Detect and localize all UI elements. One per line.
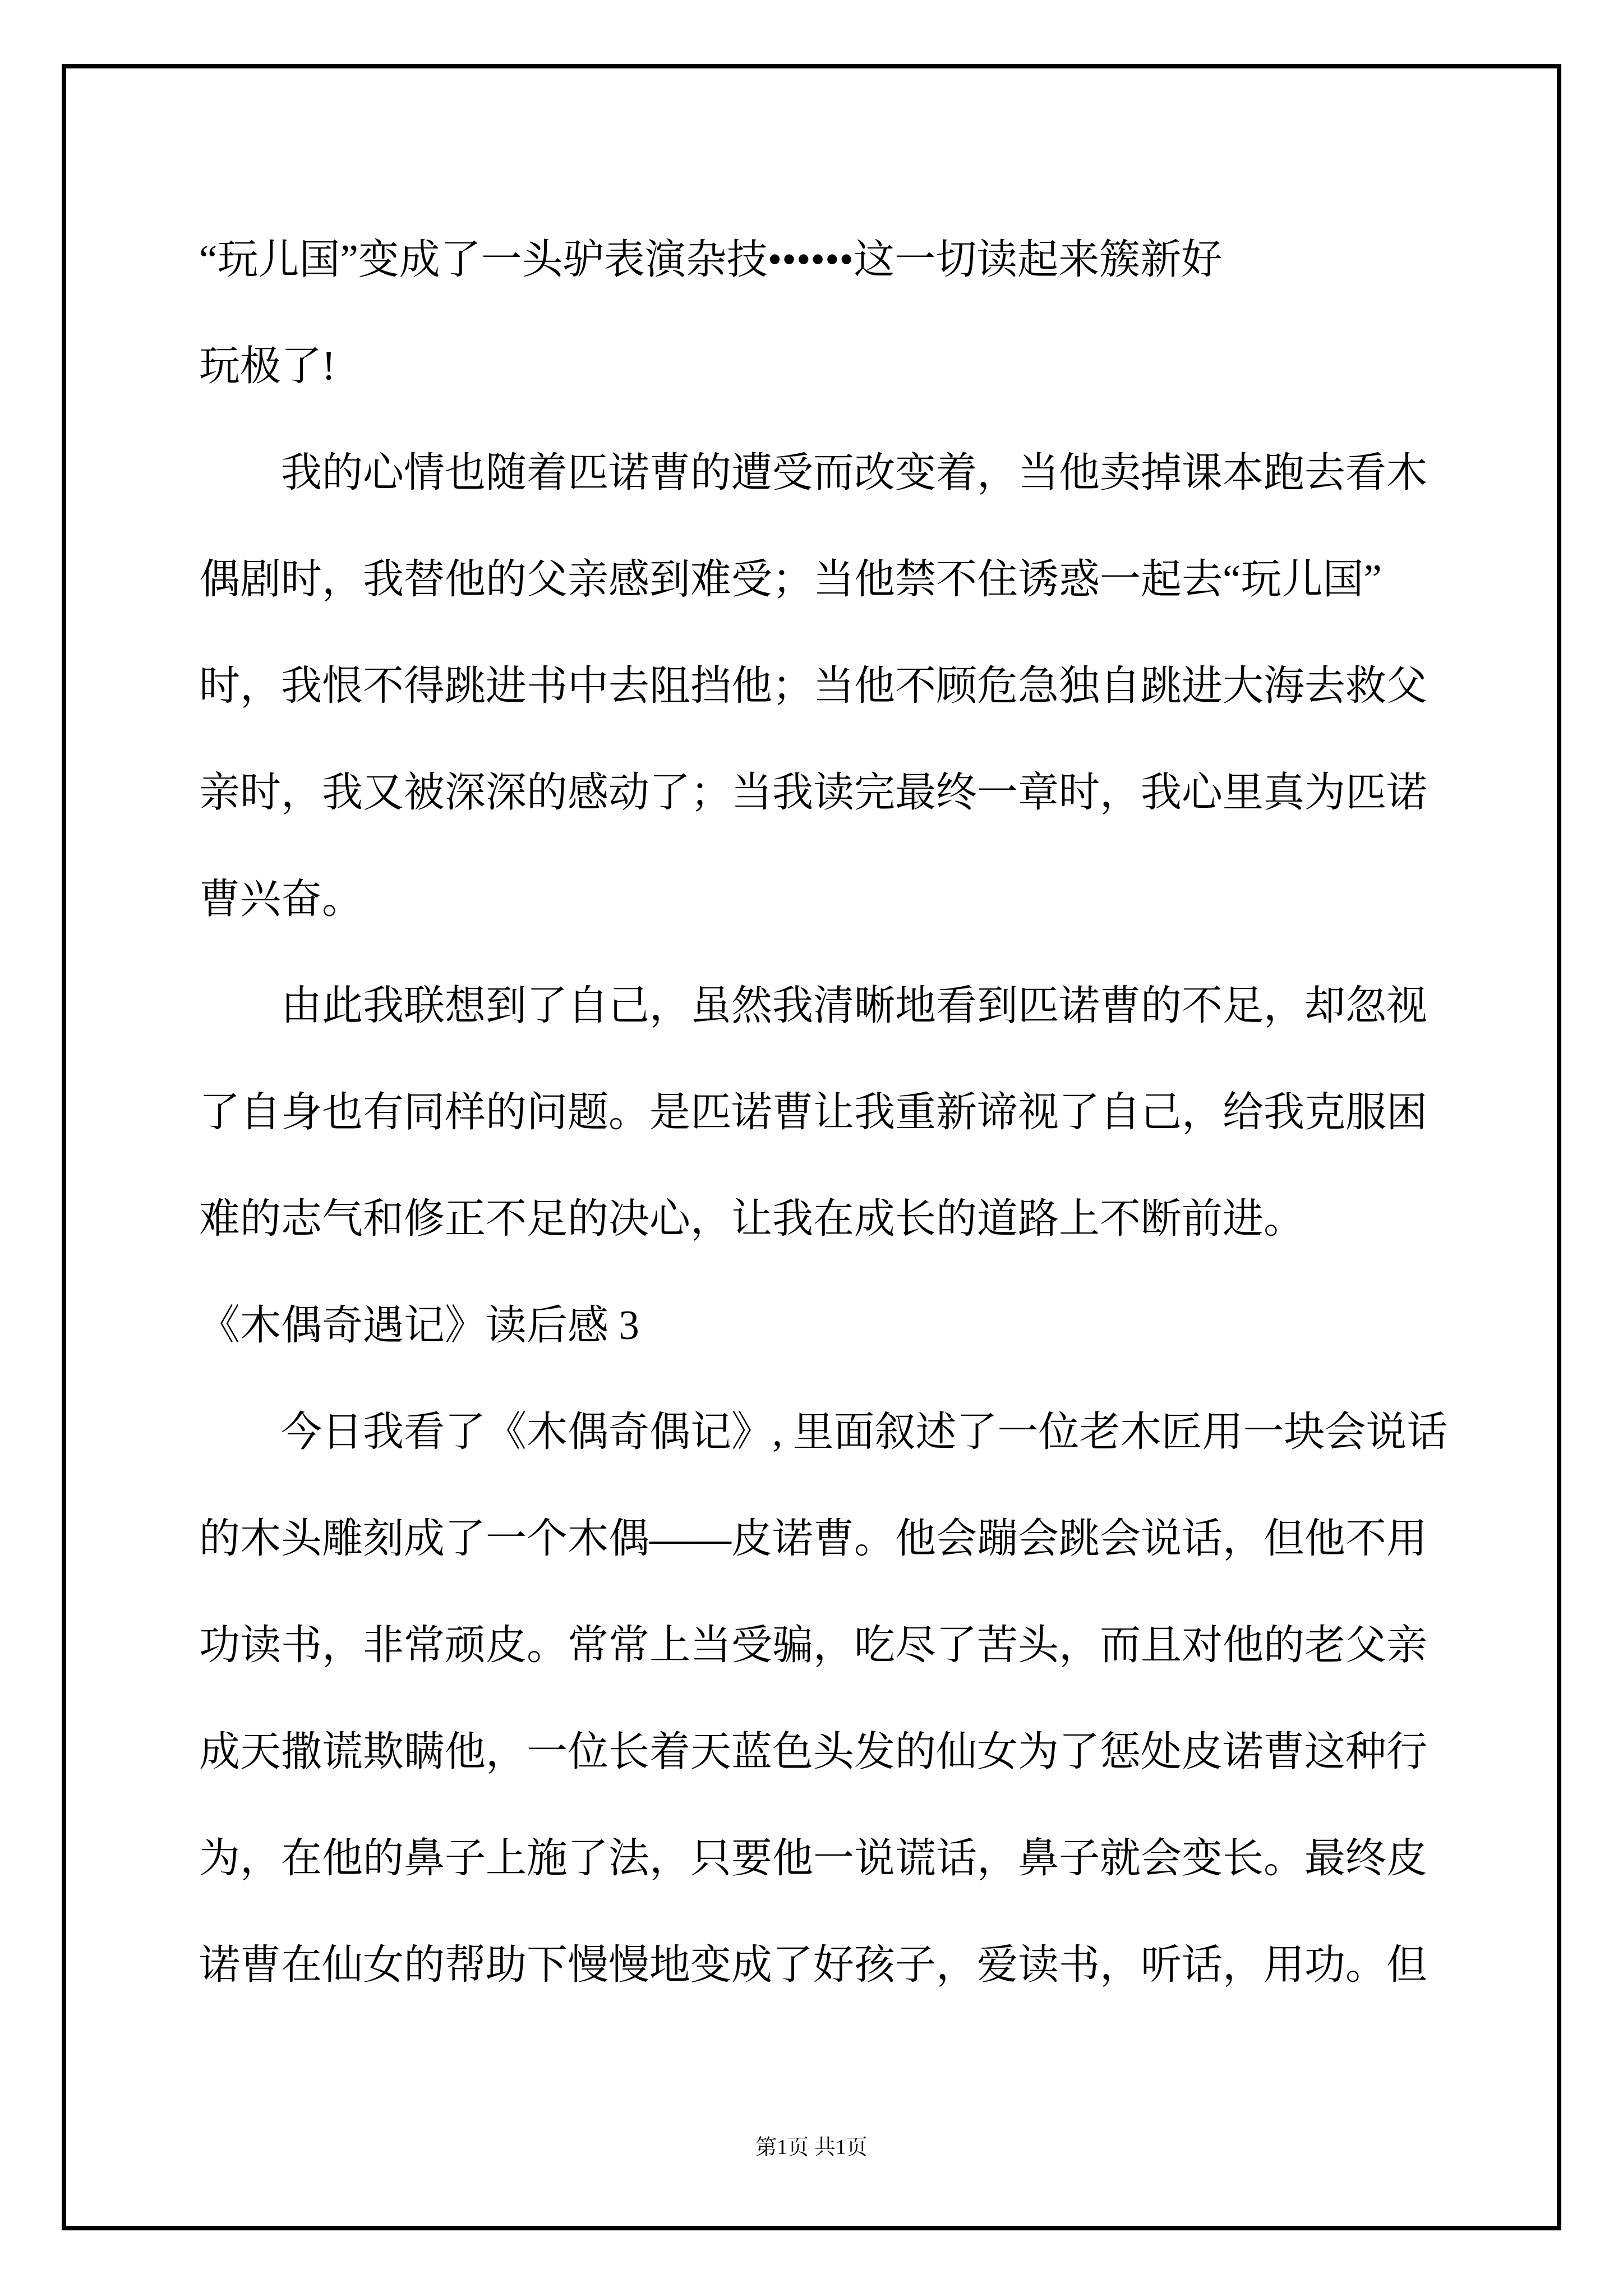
text-line: 亲时，我又被深深的感动了；当我读完最终一章时，我心里真为匹诺 xyxy=(199,739,1455,846)
text-line: 的木头雕刻成了一个木偶——皮诺曹。他会蹦会跳会说话，但他不用 xyxy=(199,1485,1455,1592)
text-line: “玩儿国”变成了一头驴表演杂技••••••这一切读起来簇新好 xyxy=(199,206,1455,313)
text-line: 为，在他的鼻子上施了法，只要他一说谎话，鼻子就会变长。最终皮 xyxy=(199,1805,1455,1912)
text-line: 玩极了! xyxy=(199,313,1455,420)
page-number-footer: 第1页 共1页 xyxy=(0,2135,1623,2160)
text-line: 偶剧时，我替他的父亲感到难受；当他禁不住诱惑一起去“玩儿国” xyxy=(199,526,1455,633)
text-line: 成天撒谎欺瞒他，一位长着天蓝色头发的仙女为了惩处皮诺曹这种行 xyxy=(199,1699,1455,1805)
text-line: 难的志气和修正不足的决心，让我在成长的道路上不断前进。 xyxy=(199,1166,1455,1272)
text-line: 曹兴奋。 xyxy=(199,846,1455,953)
text-line: 我的心情也随着匹诺曹的遭受而改变着，当他卖掉课本跑去看木 xyxy=(199,420,1455,526)
document-page: { "page": { "background": "#ffffff", "bo… xyxy=(0,0,1623,2296)
text-line: 时，我恨不得跳进书中去阻挡他；当他不顾危急独自跳进大海去救父 xyxy=(199,633,1455,739)
document-body: “玩儿国”变成了一头驴表演杂技••••••这一切读起来簇新好玩极了!我的心情也随… xyxy=(199,206,1455,2018)
text-line: 功读书，非常顽皮。常常上当受骗，吃尽了苦头，而且对他的老父亲 xyxy=(199,1592,1455,1699)
text-line: 今日我看了《木偶奇偶记》, 里面叙述了一位老木匠用一块会说话 xyxy=(199,1379,1455,1485)
text-line: 了自身也有同样的问题。是匹诺曹让我重新谛视了自己，给我克服困 xyxy=(199,1059,1455,1166)
text-line: 诺曹在仙女的帮助下慢慢地变成了好孩子，爱读书，听话，用功。但 xyxy=(199,1912,1455,2018)
text-line: 《木偶奇遇记》读后感 3 xyxy=(199,1272,1455,1379)
text-line: 由此我联想到了自己，虽然我清晰地看到匹诺曹的不足，却忽视 xyxy=(199,953,1455,1059)
